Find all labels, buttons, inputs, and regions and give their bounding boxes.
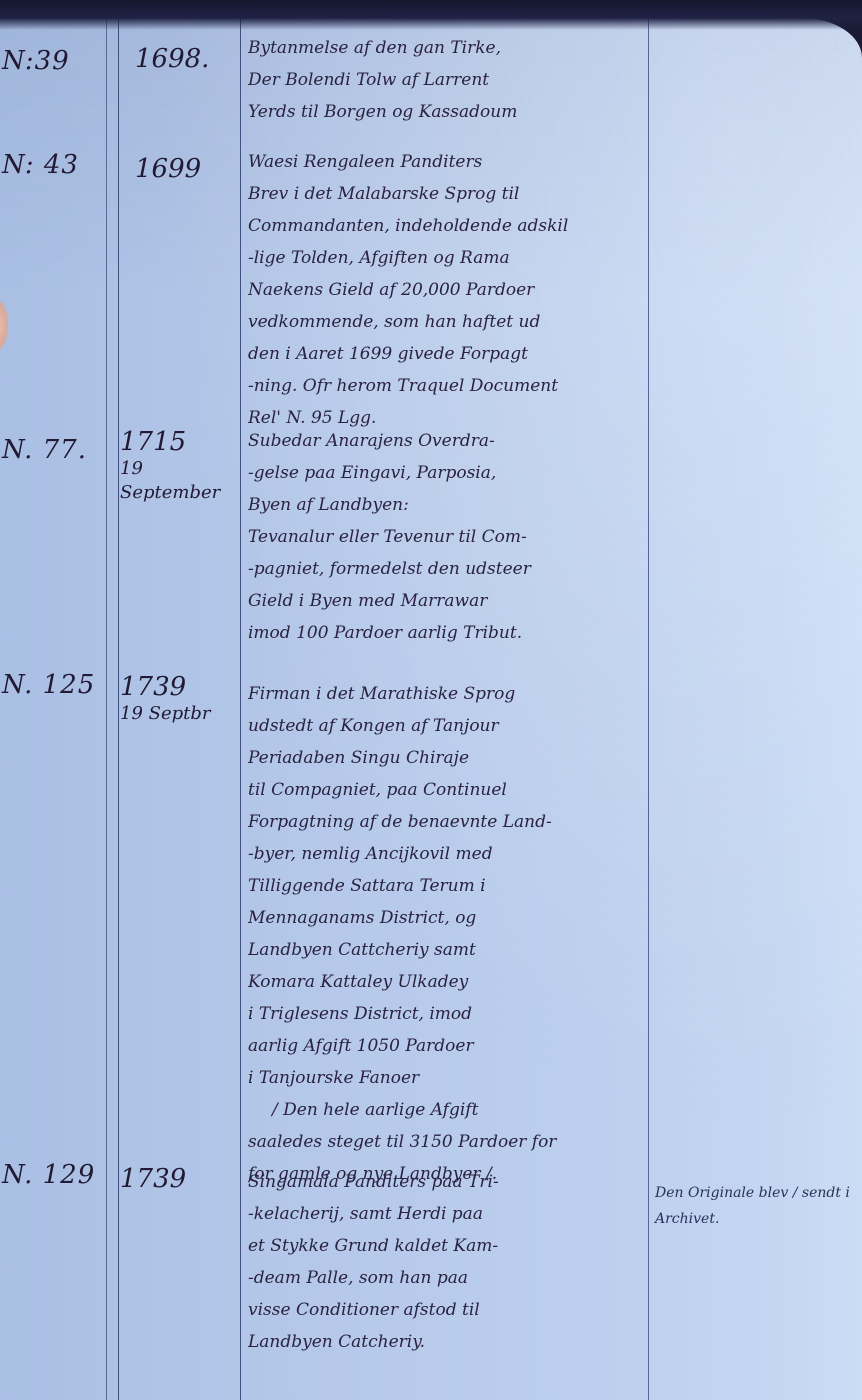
description-line: Tevanalur eller Tevenur til Com-	[248, 521, 648, 553]
description-line: Waesi Rengaleen Panditers	[248, 146, 648, 178]
description-line: Der Bolendi Tolw af Larrent	[248, 64, 648, 96]
entry-date: 1739	[120, 1164, 240, 1194]
description-line: i Tanjourske Fanoer	[248, 1062, 648, 1094]
description-line: -deam Palle, som han paa	[248, 1262, 648, 1294]
description-line: Landbyen Catcheriy.	[248, 1326, 648, 1358]
description-line: Komara Kattaley Ulkadey	[248, 966, 648, 998]
entry-description: Bytanmelse af den gan Tirke, Der Bolendi…	[248, 32, 648, 128]
entry-day-month: 19 September	[120, 457, 240, 505]
description-line: Yerds til Borgen og Kassadoum	[248, 96, 648, 128]
entry-number: N: 43	[2, 150, 79, 180]
entry-year: 1739	[120, 672, 186, 702]
entry-day-month: 19 Septbr	[120, 702, 240, 726]
description-line: visse Conditioner afstod til	[248, 1294, 648, 1326]
entry-date: 1699	[135, 154, 255, 184]
entry-number: N. 125	[2, 670, 95, 700]
entry-description: Firman i det Marathiske Sprog udstedt af…	[248, 678, 648, 1190]
description-line: Brev i det Malabarske Sprog til	[248, 178, 648, 210]
description-line: saaledes steget til 3150 Pardoer for	[248, 1126, 648, 1158]
description-line: Forpagtning af de benaevnte Land-	[248, 806, 648, 838]
description-line: Byen af Landbyen:	[248, 489, 648, 521]
description-line: -lige Tolden, Afgiften og Rama	[248, 242, 648, 274]
description-line: -ning. Ofr herom Traquel Document	[248, 370, 648, 402]
column-rule-number	[118, 18, 119, 1400]
description-line: -pagniet, formedelst den udsteer	[248, 553, 648, 585]
description-line: -kelacherij, samt Herdi paa	[248, 1198, 648, 1230]
description-line: den i Aaret 1699 givede Forpagt	[248, 338, 648, 370]
description-line: vedkommende, som han haftet ud	[248, 306, 648, 338]
description-line: Mennaganams District, og	[248, 902, 648, 934]
description-line: Firman i det Marathiske Sprog	[248, 678, 648, 710]
description-line: til Compagniet, paa Continuel	[248, 774, 648, 806]
description-line: imod 100 Pardoer aarlig Tribut.	[248, 617, 648, 649]
description-line: i Triglesens District, imod	[248, 998, 648, 1030]
description-line: aarlig Afgift 1050 Pardoer	[248, 1030, 648, 1062]
column-rule-date	[240, 18, 241, 1400]
description-line: Subedar Anarajens Overdra-	[248, 425, 648, 457]
entry-number: N:39	[2, 46, 70, 76]
entry-year: 1715	[120, 427, 186, 457]
description-line: -gelse paa Eingavi, Parposia,	[248, 457, 648, 489]
entry-number: N. 77.	[2, 435, 87, 465]
description-line: Naekens Gield af 20,000 Pardoer	[248, 274, 648, 306]
entry-description: Waesi Rengaleen Panditers Brev i det Mal…	[248, 146, 648, 434]
description-line: Periadaben Singu Chiraje	[248, 742, 648, 774]
description-line: / Den hele aarlige Afgift	[248, 1094, 648, 1126]
column-rule-description	[648, 18, 649, 1400]
description-line: Tilliggende Sattara Terum i	[248, 870, 648, 902]
description-line: et Stykke Grund kaldet Kam-	[248, 1230, 648, 1262]
description-line: Landbyen Cattcheriy samt	[248, 934, 648, 966]
entry-number: N. 129	[2, 1160, 95, 1190]
book-edge-shadow	[0, 0, 862, 30]
entry-description: Singamala Panditers paa Tri- -kelacherij…	[248, 1166, 648, 1358]
entry-description: Subedar Anarajens Overdra- -gelse paa Ei…	[248, 425, 648, 649]
entry-date: 1698.	[135, 44, 255, 74]
description-line: Commandanten, indeholdende adskil	[248, 210, 648, 242]
description-line: udstedt af Kongen af Tanjour	[248, 710, 648, 742]
entry-remark: Den Originale blev / sendt i Archivet.	[655, 1180, 855, 1232]
description-line: -byer, nemlig Ancijkovil med	[248, 838, 648, 870]
column-rule-number-inner	[106, 18, 107, 1400]
description-line: Gield i Byen med Marrawar	[248, 585, 648, 617]
description-line: Bytanmelse af den gan Tirke,	[248, 32, 648, 64]
entry-date: 1739 19 Septbr	[120, 672, 240, 726]
entry-date: 1715 19 September	[120, 427, 240, 505]
description-line: Singamala Panditers paa Tri-	[248, 1166, 648, 1198]
